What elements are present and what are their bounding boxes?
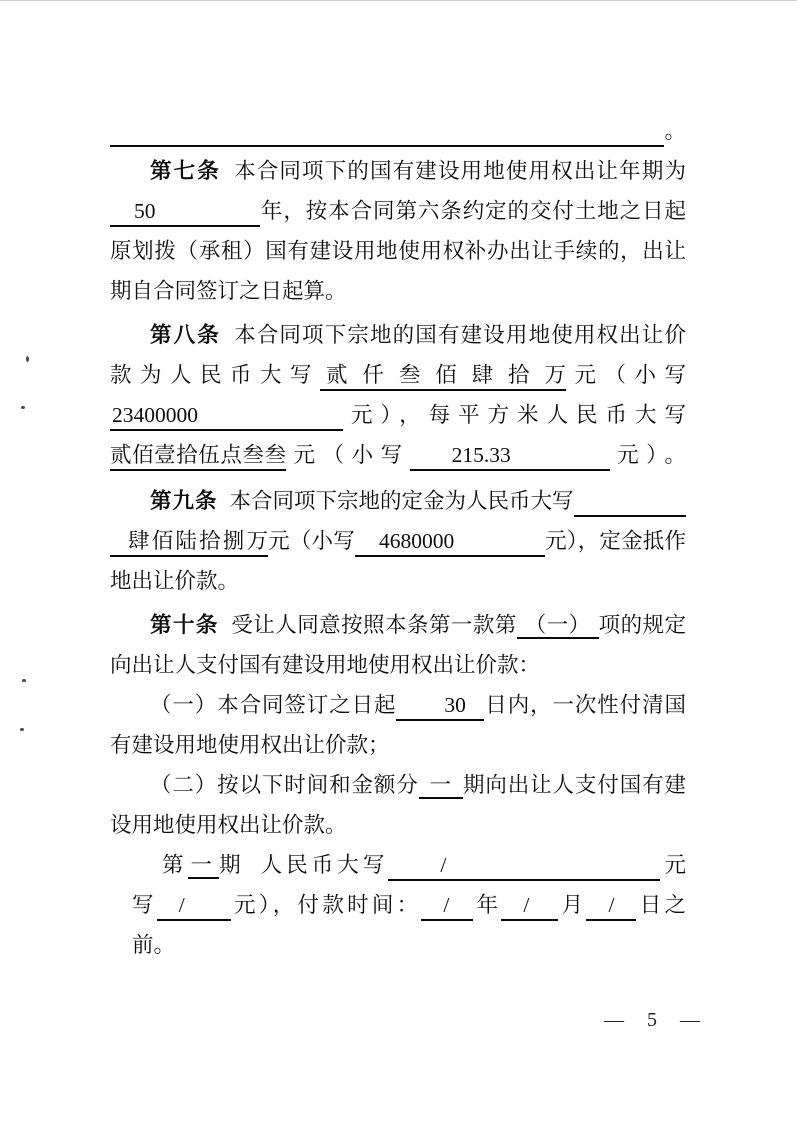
fill-price-numeric-blank: 23400000 [110,399,343,431]
scan-artifact-dot [21,406,25,409]
fill-deposit-capital-blank-lead [574,481,686,517]
installment-body-4: 元），付款时间： [231,893,422,917]
article-10-item-2-line-1: （二）按以下时间和金额分一期向出让人支付国有建 [110,765,686,805]
fill-pay-year-blank: / [421,889,473,921]
article-8-body-6: 元（小写 [286,443,410,467]
article-8-body-4: （小写 [604,363,686,387]
label-day: 日之 [636,893,686,917]
installment-body-1: 人民币大写 [257,853,389,877]
fill-installment-numeric-blank: / [157,889,231,921]
fill-deposit-numeric-blank: 4680000 [355,525,545,557]
article-7-line-4: 期自合同签订之日起算。 [110,271,686,311]
fill-days-blank: 30 [396,689,484,721]
article-9-heading: 第九条 [150,481,218,521]
fill-installment-number: 一 [188,853,220,879]
article-9-body-1: 本合同项下宗地的定金为人民币大写 [230,481,574,521]
fill-installment-capital-blank: / [388,849,660,881]
article-8-line-4: 贰佰壹拾伍点叁叁元（小写215.33元）。 [110,435,686,475]
article-9-body-4: 地出让价款。 [110,569,239,593]
label-year: 年 [473,893,501,917]
article-8-body-2: 款为人民币大写 [110,363,320,387]
article-10-body-2: 项的规定 [599,613,686,637]
article-10-line-2: 向出让人支付国有建设用地使用权出让价款： [110,645,686,685]
article-8-line-1: 第八条本合同项下宗地的国有建设用地使用权出让价 [110,315,686,355]
installment-suffix: 期 [219,853,245,877]
article-8-line-2: 款为人民币大写贰仟叁佰肆拾万元（小写 [110,355,686,395]
fill-unit-price-numeric-blank: 215.33 [410,439,610,471]
article-10-item-2-line-2: 设用地使用权出让价款。 [110,805,686,845]
article-8-body-7: 元）。 [610,443,686,467]
fill-pay-month-blank: / [501,889,558,921]
item-1-post-2: 有建设用地使用权出让价款； [110,733,390,757]
fill-unit-price-capital-blank: 贰佰壹拾伍点叁叁 [110,439,286,471]
installment-prefix: 第 [162,853,188,877]
installment-body-end: 前。 [132,933,175,957]
article-9-body-2: 元（小写 [268,529,355,553]
scan-artifact-dot [26,356,29,362]
item-2-post: 期向出让人支付国有建 [463,773,686,797]
article-7-body-4: 期自合同签订之日起算。 [110,279,347,303]
item-2-pre: （二）按以下时间和金额分 [150,773,419,797]
scan-artifact-dot [22,679,26,682]
article-10-heading: 第十条 [150,613,219,637]
label-month: 月 [558,893,586,917]
item-1-post: 日内，一次性付清国 [484,693,686,717]
article-7-line-3: 原划拨（承租）国有建设用地使用权补办出让手续的，出让年 [110,231,686,271]
fill-deposit-capital-blank: 肆佰陆拾捌万 [110,525,268,557]
intro-blank-line: 。 [110,111,686,151]
article-10-body-1: 受让人同意按照本条第一款第 [231,613,517,637]
heading-gap [218,481,230,521]
article-8-heading: 第八条 [150,323,221,347]
article-8-body-1: 本合同项下宗地的国有建设用地使用权出让价 [233,323,686,347]
contract-scan-page: 。 第七条本合同项下的国有建设用地使用权出让年期为 50年，按本合同第六条约定的… [0,0,797,1126]
fill-pay-day-blank: / [586,889,636,921]
page-number: 5 [647,1009,657,1032]
fill-payment-option: （一） [517,613,599,639]
article-7-heading: 第七条 [150,159,221,183]
article-7-line-2: 50年，按本合同第六条约定的交付土地之日起算； [110,191,686,231]
paragraph-indent [110,481,150,521]
article-9-line-2: 肆佰陆拾捌万元（小写4680000元），定金抵作土 [110,521,686,561]
fill-price-capital-blank: 贰仟叁佰肆拾万 [320,359,566,391]
installment-body-3: 写 [132,893,157,917]
item-2-post-2: 设用地使用权出让价款。 [110,813,347,837]
article-10-body-3: 向出让人支付国有建设用地使用权出让价款： [110,653,540,677]
article-7-body-1: 本合同项下的国有建设用地使用权出让年期为 [233,159,686,183]
footer-dash-right: — [680,1009,700,1032]
page-footer: — 5 — [604,1002,700,1038]
article-8-body-5: 元），每平方米人民币大写 [343,403,686,427]
installment-1-line-1: 第一期人民币大写/元（小 [110,845,686,885]
article-8-line-3: 23400000元），每平方米人民币大写 [110,395,686,435]
fill-installments-count: 一 [419,773,463,799]
article-8-body-3: 元 [566,363,605,387]
intro-fill-blank [110,111,664,147]
article-9-line-1: 第九条本合同项下宗地的定金为人民币大写 [110,481,686,521]
scan-artifact-dot [20,728,24,731]
footer-dash-left: — [604,1009,624,1032]
installment-1-line-3: 前。 [110,925,686,965]
article-9-line-3: 地出让价款。 [110,561,686,601]
article-10-item-1-line-1: （一）本合同签订之日起30日内，一次性付清国 [110,685,686,725]
intro-period: 。 [664,111,686,151]
item-1-pre: （一）本合同签订之日起 [150,693,396,717]
scan-edge-line [0,0,797,1]
contract-text-block: 。 第七条本合同项下的国有建设用地使用权出让年期为 50年，按本合同第六条约定的… [110,111,686,965]
article-10-line-1: 第十条受让人同意按照本条第一款第（一）项的规定 [110,605,686,645]
article-10-item-1-line-2: 有建设用地使用权出让价款； [110,725,686,765]
fill-years-blank: 50 [110,195,260,227]
article-7-line-1: 第七条本合同项下的国有建设用地使用权出让年期为 [110,151,686,191]
article-7-body-3: 原划拨（承租）国有建设用地使用权补办出让手续的，出让年 [110,239,686,271]
installment-1-line-2: 写/元），付款时间：/年/月/日之 [110,885,686,925]
